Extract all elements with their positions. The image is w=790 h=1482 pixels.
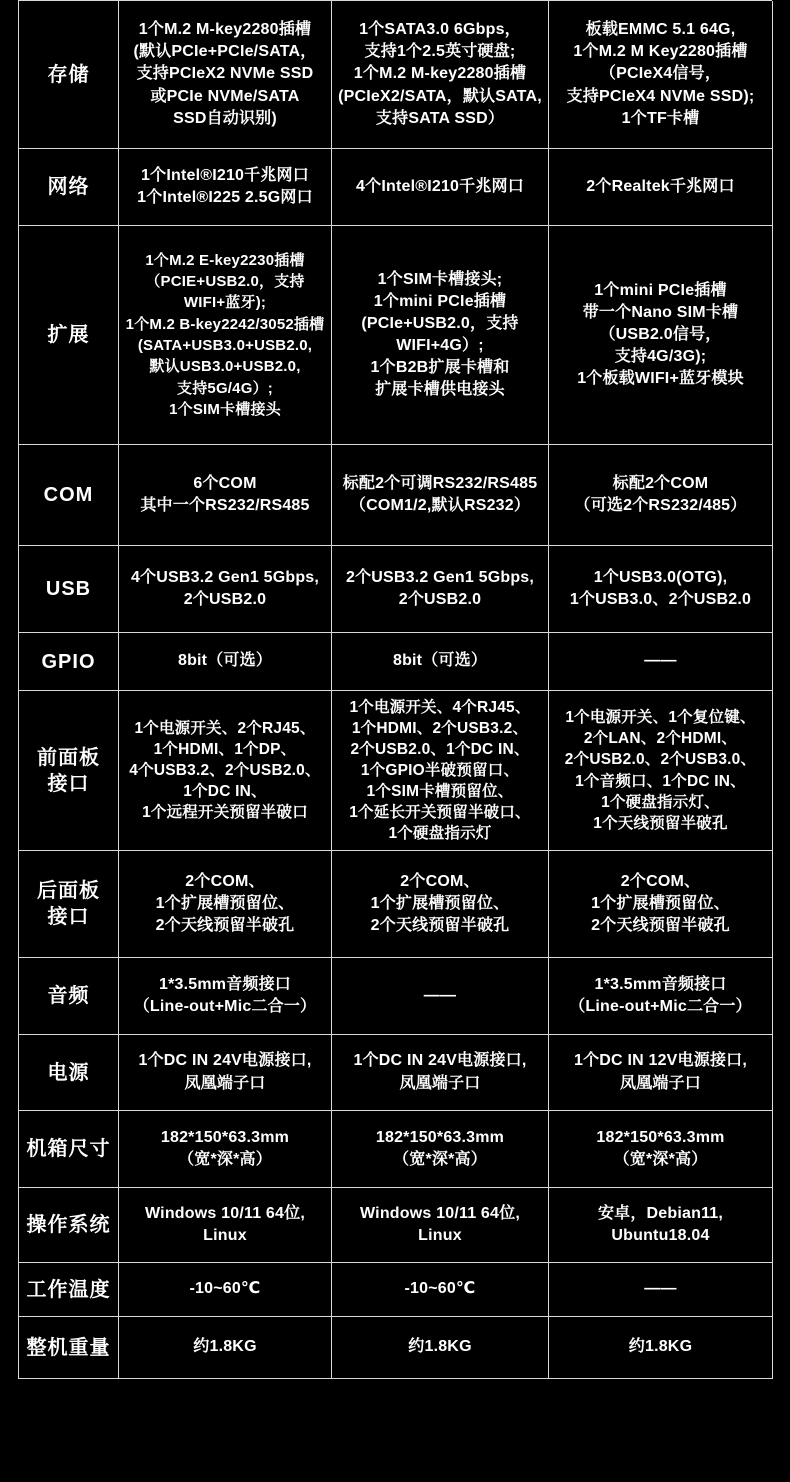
spec-cell-expansion-product3: 1个mini PCIe插槽 带一个Nano SIM卡槽 （USB2.0信号， 支… [549, 226, 773, 445]
spec-cell-rear-panel-product3: 2个COM、 1个扩展槽预留位、 2个天线预留半破孔 [549, 851, 773, 958]
spec-cell-chassis-size-product1: 182*150*63.3mm （宽*深*高） [119, 1111, 332, 1188]
row-header-weight: 整机重量 [19, 1317, 119, 1379]
spec-cell-usb-product1: 4个USB3.2 Gen1 5Gbps, 2个USB2.0 [119, 546, 332, 633]
row-header-os: 操作系统 [19, 1188, 119, 1263]
spec-cell-storage-product3: 板载EMMC 5.1 64G, 1个M.2 M Key2280插槽 （PCIeX… [549, 1, 773, 149]
row-header-expansion: 扩展 [19, 226, 119, 445]
spec-cell-front-panel-product1: 1个电源开关、2个RJ45、 1个HDMI、1个DP、 4个USB3.2、2个U… [119, 691, 332, 851]
spec-cell-power-product1: 1个DC IN 24V电源接口, 凤凰端子口 [119, 1035, 332, 1111]
spec-cell-audio-product2: —— [332, 958, 549, 1035]
row-header-power: 电源 [19, 1035, 119, 1111]
spec-cell-power-product2: 1个DC IN 24V电源接口, 凤凰端子口 [332, 1035, 549, 1111]
spec-cell-front-panel-product2: 1个电源开关、4个RJ45、 1个HDMI、2个USB3.2、 2个USB2.0… [332, 691, 549, 851]
spec-cell-gpio-product2: 8bit（可选） [332, 633, 549, 691]
row-header-usb: USB [19, 546, 119, 633]
row-header-rear-panel: 后面板 接口 [19, 851, 119, 958]
spec-cell-audio-product3: 1*3.5mm音频接口 （Line-out+Mic二合一） [549, 958, 773, 1035]
spec-cell-com-product2: 标配2个可调RS232/RS485 （COM1/2,默认RS232） [332, 445, 549, 546]
spec-cell-usb-product2: 2个USB3.2 Gen1 5Gbps, 2个USB2.0 [332, 546, 549, 633]
spec-cell-os-product3: 安卓，Debian11, Ubuntu18.04 [549, 1188, 773, 1263]
row-header-audio: 音频 [19, 958, 119, 1035]
spec-cell-network-product1: 1个Intel®I210千兆网口 1个Intel®I225 2.5G网口 [119, 149, 332, 226]
spec-cell-working-temperature-product1: -10~60℃ [119, 1263, 332, 1317]
spec-cell-os-product2: Windows 10/11 64位, Linux [332, 1188, 549, 1263]
spec-cell-rear-panel-product1: 2个COM、 1个扩展槽预留位、 2个天线预留半破孔 [119, 851, 332, 958]
spec-cell-working-temperature-product3: —— [549, 1263, 773, 1317]
spec-cell-usb-product3: 1个USB3.0(OTG), 1个USB3.0、2个USB2.0 [549, 546, 773, 633]
spec-cell-storage-product2: 1个SATA3.0 6Gbps， 支持1个2.5英寸硬盘; 1个M.2 M-ke… [332, 1, 549, 149]
spec-cell-network-product3: 2个Realtek千兆网口 [549, 149, 773, 226]
spec-cell-weight-product1: 约1.8KG [119, 1317, 332, 1379]
row-header-gpio: GPIO [19, 633, 119, 691]
row-header-front-panel: 前面板 接口 [19, 691, 119, 851]
spec-cell-rear-panel-product2: 2个COM、 1个扩展槽预留位、 2个天线预留半破孔 [332, 851, 549, 958]
spec-cell-storage-product1: 1个M.2 M-key2280插槽 (默认PCIe+PCIe/SATA， 支持P… [119, 1, 332, 149]
spec-cell-network-product2: 4个Intel®I210千兆网口 [332, 149, 549, 226]
spec-cell-weight-product3: 约1.8KG [549, 1317, 773, 1379]
spec-cell-com-product3: 标配2个COM （可选2个RS232/485） [549, 445, 773, 546]
row-header-working-temperature: 工作温度 [19, 1263, 119, 1317]
spec-cell-os-product1: Windows 10/11 64位, Linux [119, 1188, 332, 1263]
spec-cell-expansion-product1: 1个M.2 E-key2230插槽 （PCIE+USB2.0，支持 WIFI+蓝… [119, 226, 332, 445]
spec-cell-gpio-product1: 8bit（可选） [119, 633, 332, 691]
spec-cell-power-product3: 1个DC IN 12V电源接口, 凤凰端子口 [549, 1035, 773, 1111]
row-header-network: 网络 [19, 149, 119, 226]
spec-cell-expansion-product2: 1个SIM卡槽接头; 1个mini PCIe插槽 (PCIe+USB2.0，支持… [332, 226, 549, 445]
spec-cell-com-product1: 6个COM 其中一个RS232/RS485 [119, 445, 332, 546]
spec-cell-chassis-size-product3: 182*150*63.3mm （宽*深*高） [549, 1111, 773, 1188]
row-header-storage: 存储 [19, 1, 119, 149]
spec-cell-chassis-size-product2: 182*150*63.3mm （宽*深*高） [332, 1111, 549, 1188]
spec-cell-audio-product1: 1*3.5mm音频接口 （Line-out+Mic二合一） [119, 958, 332, 1035]
spec-cell-weight-product2: 约1.8KG [332, 1317, 549, 1379]
row-header-com: COM [19, 445, 119, 546]
spec-cell-working-temperature-product2: -10~60℃ [332, 1263, 549, 1317]
product-spec-comparison-table: 存储 1个M.2 M-key2280插槽 (默认PCIe+PCIe/SATA， … [18, 0, 772, 1379]
row-header-chassis-size: 机箱尺寸 [19, 1111, 119, 1188]
spec-cell-front-panel-product3: 1个电源开关、1个复位键、 2个LAN、2个HDMI、 2个USB2.0、2个U… [549, 691, 773, 851]
spec-cell-gpio-product3: —— [549, 633, 773, 691]
